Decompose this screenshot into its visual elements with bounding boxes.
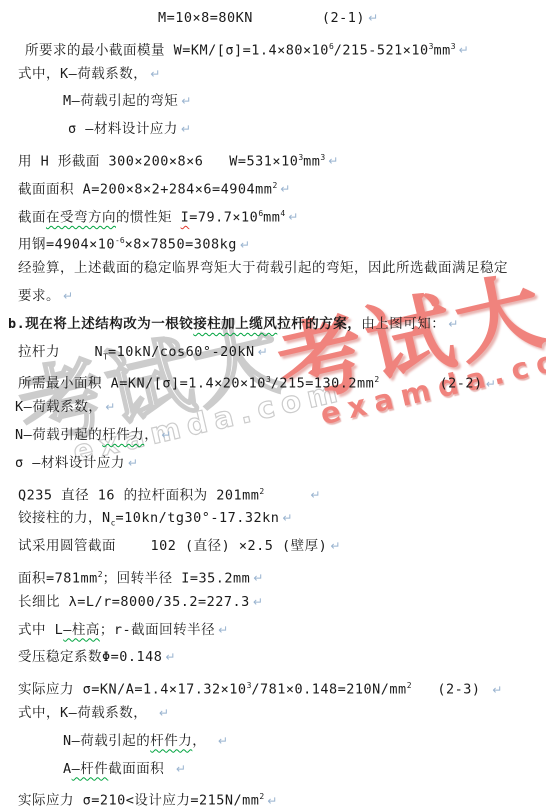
paragraph-mark-icon: ↵ (328, 154, 338, 168)
doc-text: 式中，K—荷载系数， (18, 705, 156, 721)
doc-text: 要求。 (18, 288, 60, 304)
doc-text: 拉杆力 N (18, 344, 103, 360)
document-page: M=10×8=80KN (2-1)↵所要求的最小截面模量 W=KM/[σ]=1.… (0, 0, 546, 807)
doc-text: 受压稳定系数Φ=0.148 (18, 649, 162, 665)
doc-line: σ —材料设计应力↵ (0, 450, 546, 478)
doc-text: ×8×7850=308kg (125, 237, 237, 253)
doc-line: K—荷载系数，↵ (0, 394, 546, 422)
paragraph-mark-icon: ↵ (330, 539, 340, 553)
doc-line: 用钢=4904×10-6×8×7850=308kg↵ (0, 227, 546, 255)
doc-text: 用 H 形截面 300×200×8×6 W=531×10 (18, 153, 298, 169)
spellcheck-underlined-text: 在受弯方向 (46, 209, 116, 225)
doc-text: 实际应力 σ=KN/A=1.4×17.32×10 (18, 682, 247, 698)
doc-text: ；r-截面回转半径 (100, 622, 215, 638)
paragraph-mark-icon: ↵ (253, 595, 263, 609)
paragraph-mark-icon: ↵ (486, 377, 496, 391)
spellcheck-underlined-text: 接柱加上缆风 (193, 316, 277, 332)
doc-text: 2 (259, 792, 264, 801)
doc-line: 所要求的最小截面模量 W=KM/[σ]=1.4×80×106/215-521×1… (0, 33, 546, 61)
paragraph-mark-icon: ↵ (253, 571, 263, 585)
doc-text: M—荷载引起的弯矩 (63, 93, 178, 109)
doc-line: 受压稳定系数Φ=0.148↵ (0, 644, 546, 672)
doc-text: 由上图可知： (361, 316, 445, 332)
doc-line: N—荷载引起的杆件力， ↵ (0, 728, 546, 756)
paragraph-mark-icon: ↵ (288, 210, 298, 224)
doc-line: M=10×8=80KN (2-1)↵ (0, 5, 546, 33)
doc-text: 3 (451, 42, 456, 51)
doc-line: 式中，K—荷载系数，↵ (0, 61, 546, 89)
doc-line: 试采用圆管截面 102 (直径) ×2.5 (壁厚)↵ (0, 533, 546, 561)
paragraph-mark-icon: ↵ (218, 734, 228, 748)
doc-text: ；回转半径 I=35.2mm (103, 570, 251, 586)
doc-text: K—荷载系数， (15, 399, 102, 415)
paragraph-mark-icon: ↵ (282, 511, 292, 525)
doc-line: b.现在将上述结构改为一根铰接柱加上缆风拉杆的方案，由上图可知：↵ (0, 311, 546, 339)
doc-line: 实际应力 σ=210<设计应力=215N/mm2↵ (0, 783, 546, 807)
paragraph-mark-icon: ↵ (258, 345, 268, 359)
doc-text: 截面面积 (108, 761, 173, 777)
doc-text: 拉杆的方案， (277, 316, 361, 332)
paragraph-mark-icon: ↵ (181, 122, 191, 136)
doc-text: 2 (272, 181, 277, 190)
doc-line: M—荷载引起的弯矩↵ (0, 88, 546, 116)
doc-text: 长细比 λ=L/r=8000/35.2=227.3 (18, 594, 250, 610)
doc-text: 经验算，上述截面的稳定临界弯矩大于荷载引起的弯矩，因此所选截面满足稳定 (18, 260, 508, 276)
doc-text: A (63, 761, 72, 777)
spellcheck-underlined-text: —柱高 (63, 622, 100, 638)
doc-text: =10kN/cos60°-20kN (108, 344, 255, 360)
doc-line: 长细比 λ=L/r=8000/35.2=227.3↵ (0, 589, 546, 617)
doc-line: 式中，K—荷载系数， ↵ (0, 700, 546, 728)
doc-text: mm (263, 209, 280, 225)
doc-line: 所需最小面积 A=KN/[σ]=1.4×20×103/215=130.2mm2 … (0, 366, 546, 394)
doc-text: 截面 (18, 209, 46, 225)
doc-text: 3 (320, 153, 325, 162)
doc-line: σ —材料设计应力↵ (0, 116, 546, 144)
doc-text: 的惯性矩 (116, 209, 181, 225)
doc-text (264, 487, 307, 503)
doc-text: 所要求的最小截面模量 W=KM/[σ]=1.4×80×10 (25, 42, 329, 58)
doc-line: Q235 直径 16 的拉杆面积为 201mm2 ↵ (0, 478, 546, 506)
doc-text: 式中，K—荷载系数， (18, 66, 147, 82)
doc-text: b.现在将上述结构改为一根铰 (8, 316, 193, 332)
spellcheck-underlined-text: 杆件力 (102, 427, 144, 443)
doc-line: 拉杆力 NT=10kN/cos60°-20kN↵ (0, 339, 546, 367)
doc-text: -6 (115, 236, 125, 245)
spellcheck-underlined-text: —杆件 (72, 761, 109, 777)
doc-text: ， (192, 733, 215, 749)
doc-text: Q235 直径 16 的拉杆面积为 201mm (18, 487, 259, 503)
paragraph-mark-icon: ↵ (459, 43, 469, 57)
doc-line: 铰接柱的力，Nc=10kn/tg30°-17.32kn↵ (0, 505, 546, 533)
doc-line: 式中 L—柱高；r-截面回转半径↵ (0, 617, 546, 645)
paragraph-mark-icon: ↵ (63, 289, 73, 303)
doc-text: /215-521×10 (334, 42, 429, 58)
paragraph-mark-icon: ↵ (128, 456, 138, 470)
paragraph-mark-icon: ↵ (165, 650, 175, 664)
doc-text: =79.7×10 (189, 209, 258, 225)
paragraph-mark-icon: ↵ (161, 428, 171, 442)
doc-text: ， (144, 427, 158, 443)
doc-line: N—荷载引起的杆件力，↵ (0, 422, 546, 450)
doc-text: M=10×8=80KN (2-1) (158, 10, 365, 26)
spellcheck-underlined-text: 杆件力 (150, 733, 192, 749)
document-lines: M=10×8=80KN (2-1)↵所要求的最小截面模量 W=KM/[σ]=1.… (0, 5, 546, 807)
doc-text: =10kn/tg30°-17.32kn (115, 510, 279, 526)
paragraph-mark-icon: ↵ (310, 488, 320, 502)
doc-text: 截面面积 A=200×8×2+284×6=4904mm (18, 181, 272, 197)
doc-text: 用钢=4904×10 (18, 237, 115, 253)
doc-text: 面积=781mm (18, 570, 98, 586)
paragraph-mark-icon: ↵ (492, 683, 502, 697)
doc-line: 经验算，上述截面的稳定临界弯矩大于荷载引起的弯矩，因此所选截面满足稳定 (0, 255, 546, 283)
paragraph-mark-icon: ↵ (448, 317, 458, 331)
doc-text: 所需最小面积 A=KN/[σ]=1.4×20×10 (18, 376, 266, 392)
doc-text: mm (434, 42, 451, 58)
doc-text: 铰接柱的力，N (18, 510, 111, 526)
doc-text: N—荷载引起的 (63, 733, 150, 749)
doc-text: 4 (280, 209, 285, 218)
paragraph-mark-icon: ↵ (105, 400, 115, 414)
doc-line: 面积=781mm2；回转半径 I=35.2mm↵ (0, 561, 546, 589)
doc-text: 式中 L (18, 622, 63, 638)
paragraph-mark-icon: ↵ (150, 67, 160, 81)
doc-text: mm (303, 153, 320, 169)
doc-text: 试采用圆管截面 102 (直径) ×2.5 (壁厚) (18, 538, 327, 554)
paragraph-mark-icon: ↵ (267, 794, 277, 807)
doc-line: 要求。↵ (0, 283, 546, 311)
spellcheck-red-underlined-text: I (181, 209, 190, 225)
doc-text: σ —材料设计应力 (68, 121, 178, 137)
doc-text: N—荷载引起的 (15, 427, 102, 443)
paragraph-mark-icon: ↵ (176, 762, 186, 776)
doc-line: 截面面积 A=200×8×2+284×6=4904mm2↵ (0, 172, 546, 200)
doc-text: /781×0.148=210N/mm (251, 682, 406, 698)
doc-line: 截面在受弯方向的惯性矩 I=79.7×106mm4↵ (0, 200, 546, 228)
doc-text: 实际应力 σ=210<设计应力=215N/mm (18, 793, 259, 807)
doc-text: (2-2) (379, 376, 483, 392)
paragraph-mark-icon: ↵ (159, 706, 169, 720)
paragraph-mark-icon: ↵ (240, 238, 250, 252)
doc-text: /215=130.2mm (271, 376, 375, 392)
doc-text: σ —材料设计应力 (15, 455, 125, 471)
doc-line: A—杆件截面面积 ↵ (0, 756, 546, 784)
paragraph-mark-icon: ↵ (218, 623, 228, 637)
paragraph-mark-icon: ↵ (368, 11, 378, 25)
paragraph-mark-icon: ↵ (280, 182, 290, 196)
doc-line: 实际应力 σ=KN/A=1.4×17.32×103/781×0.148=210N… (0, 672, 546, 700)
doc-line: 用 H 形截面 300×200×8×6 W=531×103mm3↵ (0, 144, 546, 172)
doc-text: (2-3) (412, 682, 490, 698)
paragraph-mark-icon: ↵ (181, 94, 191, 108)
